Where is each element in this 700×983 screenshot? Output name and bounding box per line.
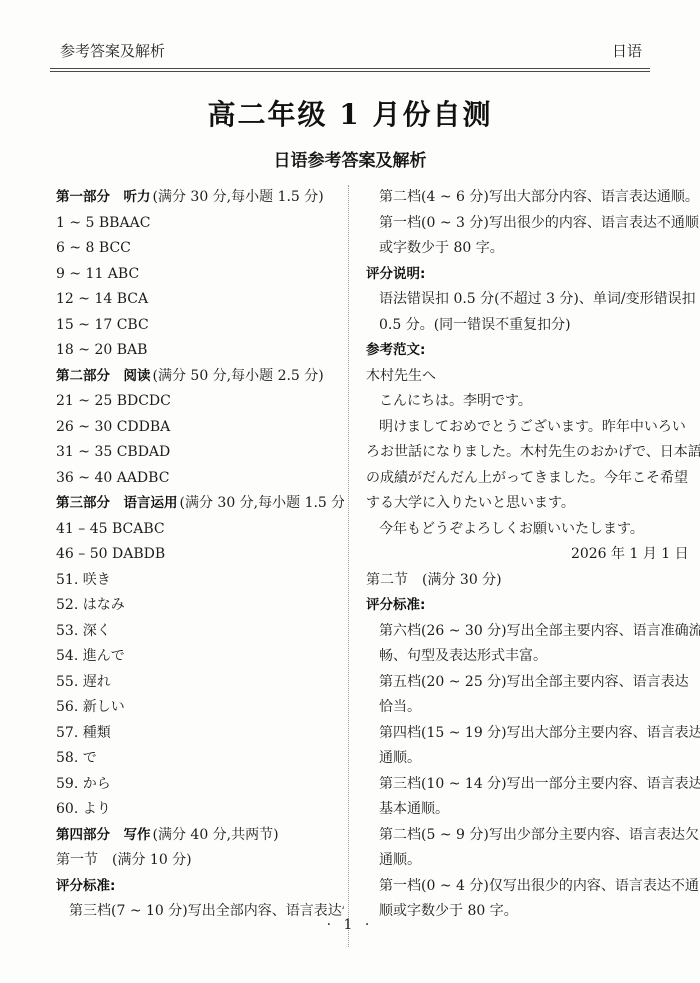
section-heading: 第三部分 语言运用 [56,495,178,511]
line-text: 41 – 45 BCABC [56,521,165,537]
line-text: する大学に入りたいと思います。 [366,495,575,511]
line-text: 9 ~ 11 ABC [56,266,139,282]
text-line: する大学に入りたいと思います。 [366,491,700,517]
text-line: ろお世話になりました。木村先生のおかげで、日本語 [366,440,700,466]
line-text: 第二节 (满分 30 分) [366,572,502,588]
line-text: (满分 30 分,每小题 1.5 分) [180,495,345,511]
text-line: 36 ~ 40 AADBC [56,466,344,492]
right-column: 第二档(4 ~ 6 分)写出大部分内容、语言表达通顺。第一档(0 ~ 3 分)写… [348,185,700,947]
text-line: 55. 遅れ [56,670,344,696]
line-text: 56. 新しい [56,699,125,715]
section-heading: 第二部分 阅读 [56,368,151,384]
line-text: 语法错误扣 0.5 分(不超过 3 分)、单词/变形错误扣 [379,291,696,307]
text-line: 第一档(0 ~ 3 分)写出很少的内容、语言表达不通顺 [366,211,700,237]
line-text: 木村先生へ [366,368,436,384]
line-text: 59. から [56,776,111,792]
text-line: 第四部分 写作(满分 40 分,共两节) [56,823,344,849]
section-heading: 第四部分 写作 [56,827,151,843]
header-divider-rule [50,68,650,72]
text-line: 18 ~ 20 BAB [56,338,344,364]
line-text: 51. 咲き [56,572,111,588]
line-text: 58. で [56,750,97,766]
text-line: 58. で [56,746,344,772]
document-page: 参考答案及解析 日语 高二年级 1 月份自测 日语参考答案及解析 第一部分 听力… [0,0,700,947]
text-line: 明けましておめでとうございます。昨年中いろい [366,415,700,441]
text-line: こんにちは。李明です。 [366,389,700,415]
line-text: 第一档(0 ~ 3 分)写出很少的内容、语言表达不通顺 [379,215,699,231]
text-line: 通顺。 [366,848,700,874]
line-text: (满分 40 分,共两节) [153,827,279,843]
text-line: 9 ~ 11 ABC [56,262,344,288]
line-text: 26 ~ 30 CDDBA [56,419,170,435]
line-text: 评分标准: [366,597,425,613]
text-line: 第二部分 阅读(满分 50 分,每小题 2.5 分) [56,364,344,390]
text-line: 53. 深く [56,619,344,645]
text-line: 木村先生へ [366,364,700,390]
line-text: 第三档(10 ~ 14 分)写出一部分主要内容、语言表达 [379,776,700,792]
text-line: 31 ~ 35 CBDAD [56,440,344,466]
text-line: 通顺。 [366,746,700,772]
line-text: 15 ~ 17 CBC [56,317,149,333]
line-text: 评分标准: [56,878,115,894]
line-text: 36 ~ 40 AADBC [56,470,169,486]
line-text: (满分 50 分,每小题 2.5 分) [153,368,324,384]
text-line: 第一档(0 ~ 4 分)仅写出很少的内容、语言表达不通 [366,874,700,900]
line-text: 第五档(20 ~ 25 分)写出全部主要内容、语言表达 [379,674,689,690]
page-subtitle: 日语参考答案及解析 [50,146,650,171]
line-text: 基本通顺。 [379,801,449,817]
text-line: 6 ~ 8 BCC [56,236,344,262]
text-line: 第一节 (满分 10 分) [56,848,344,874]
line-text: 21 ~ 25 BDCDC [56,393,171,409]
text-line: 41 – 45 BCABC [56,517,344,543]
line-text: 54. 進んで [56,648,125,664]
page-header: 参考答案及解析 日语 [50,0,650,68]
line-text: 第一节 (满分 10 分) [56,852,192,868]
text-line: 51. 咲き [56,568,344,594]
line-text: (满分 30 分,每小题 1.5 分) [153,189,324,205]
text-line: 第三档(10 ~ 14 分)写出一部分主要内容、语言表达 [366,772,700,798]
text-line: 第二档(4 ~ 6 分)写出大部分内容、语言表达通顺。 [366,185,700,211]
text-line: 语法错误扣 0.5 分(不超过 3 分)、单词/变形错误扣 [366,287,700,313]
text-line: 评分标准: [366,593,700,619]
text-line: 12 ~ 14 BCA [56,287,344,313]
line-text: 今年もどうぞよろしくお願いいたします。 [379,521,644,537]
line-text: 57. 種類 [56,725,111,741]
line-text: 通顺。 [379,852,421,868]
page-title: 高二年级 1 月份自测 [50,93,650,133]
text-line: 21 ~ 25 BDCDC [56,389,344,415]
header-left-label: 参考答案及解析 [60,40,165,61]
text-line: 第五档(20 ~ 25 分)写出全部主要内容、语言表达 [366,670,700,696]
line-text: こんにちは。李明です。 [379,393,532,409]
text-line: 畅、句型及表达形式丰富。 [366,644,700,670]
text-line: 今年もどうぞよろしくお願いいたします。 [366,517,700,543]
line-text: 或字数少于 80 字。 [379,240,504,256]
line-text: 18 ~ 20 BAB [56,342,147,358]
text-line: 54. 進んで [56,644,344,670]
line-text: 通顺。 [379,750,421,766]
text-line: 57. 種類 [56,721,344,747]
line-text: 第一档(0 ~ 4 分)仅写出很少的内容、语言表达不通 [379,878,699,894]
text-line: 第二节 (满分 30 分) [366,568,700,594]
text-line: 参考范文: [366,338,700,364]
page-number: · 1 · [0,917,700,933]
line-text: 0.5 分。(同一错误不重复扣分) [379,317,571,333]
line-text: 1 ~ 5 BBAAC [56,215,150,231]
text-line: 0.5 分。(同一错误不重复扣分) [366,313,700,339]
line-text: 53. 深く [56,623,111,639]
text-line: 第二档(5 ~ 9 分)写出少部分主要内容、语言表达欠 [366,823,700,849]
line-text: 46 – 50 DABDB [56,546,165,562]
text-line: 评分说明: [366,262,700,288]
two-column-body: 第一部分 听力(满分 30 分,每小题 1.5 分)1 ~ 5 BBAAC6 ~… [50,185,650,947]
text-line: 2026 年 1 月 1 日 [366,542,700,568]
text-line: 基本通顺。 [366,797,700,823]
line-text: 恰当。 [379,699,421,715]
line-text: 55. 遅れ [56,674,111,690]
text-line: 52. はなみ [56,593,344,619]
line-text: 第二档(5 ~ 9 分)写出少部分主要内容、语言表达欠 [379,827,699,843]
line-text: ろお世話になりました。木村先生のおかげで、日本語 [366,444,700,460]
text-line: 或字数少于 80 字。 [366,236,700,262]
line-text: 第四档(15 ~ 19 分)写出大部分主要内容、语言表达 [379,725,700,741]
section-heading: 第一部分 听力 [56,189,151,205]
line-text: 6 ~ 8 BCC [56,240,131,256]
text-line: 59. から [56,772,344,798]
text-line: 第三部分 语言运用(满分 30 分,每小题 1.5 分) [56,491,344,517]
text-line: 第六档(26 ~ 30 分)写出全部主要内容、语言准确流 [366,619,700,645]
line-text: 参考范文: [366,342,425,358]
text-line: 15 ~ 17 CBC [56,313,344,339]
text-line: 第四档(15 ~ 19 分)写出大部分主要内容、语言表达 [366,721,700,747]
text-line: 60. より [56,797,344,823]
text-line: 第一部分 听力(满分 30 分,每小题 1.5 分) [56,185,344,211]
text-line: 恰当。 [366,695,700,721]
line-text: 52. はなみ [56,597,125,613]
left-column: 第一部分 听力(满分 30 分,每小题 1.5 分)1 ~ 5 BBAAC6 ~… [50,185,348,947]
line-text: 畅、句型及表达形式丰富。 [379,648,547,664]
header-right-label: 日语 [612,40,642,61]
line-text: 60. より [56,801,111,817]
line-text: 31 ~ 35 CBDAD [56,444,170,460]
text-line: 26 ~ 30 CDDBA [56,415,344,441]
text-line: 评分标准: [56,874,344,900]
text-line: の成績がだんだん上がってきました。今年こそ希望 [366,466,700,492]
text-line: 46 – 50 DABDB [56,542,344,568]
line-text: の成績がだんだん上がってきました。今年こそ希望 [366,470,688,486]
line-text: 第六档(26 ~ 30 分)写出全部主要内容、语言准确流 [379,623,700,639]
line-text: 2026 年 1 月 1 日 [571,546,689,562]
line-text: 明けましておめでとうございます。昨年中いろい [379,419,686,435]
text-line: 1 ~ 5 BBAAC [56,211,344,237]
line-text: 12 ~ 14 BCA [56,291,148,307]
line-text: 第二档(4 ~ 6 分)写出大部分内容、语言表达通顺。 [379,189,699,205]
line-text: 评分说明: [366,266,425,282]
text-line: 56. 新しい [56,695,344,721]
